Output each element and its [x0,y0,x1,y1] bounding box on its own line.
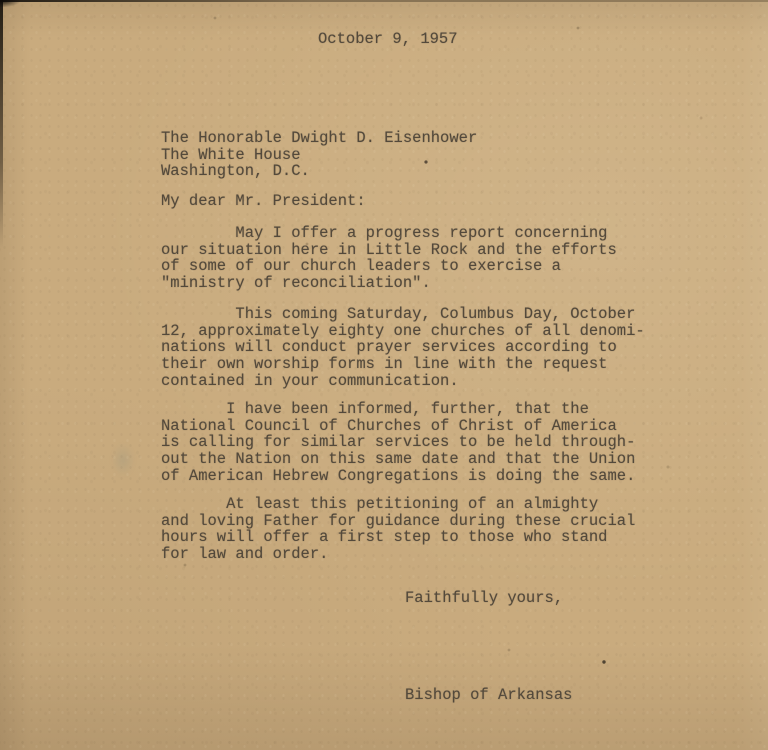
scanned-letter-page: October 9, 1957 The Honorable Dwight D. … [0,0,768,750]
salutation: My dear Mr. President: [161,193,366,210]
closing-valediction: Faithfully yours, [405,590,563,607]
paper-smudge-mark [108,438,138,482]
letter-paragraph: May I offer a progress report concerning… [161,225,617,292]
scan-corner-mark [0,0,20,7]
scan-edge-left [0,0,3,248]
scan-edge-top [0,0,768,2]
letter-date: October 9, 1957 [318,31,458,48]
letter-paragraph: This coming Saturday, Columbus Day, Octo… [161,306,645,390]
letter-paragraph: I have been informed, further, that the … [161,401,635,485]
letter-paragraph: At least this petitioning of an almighty… [161,496,635,563]
signature-title: Bishop of Arkansas [405,687,572,704]
recipient-address: The Honorable Dwight D. Eisenhower The W… [161,130,477,180]
